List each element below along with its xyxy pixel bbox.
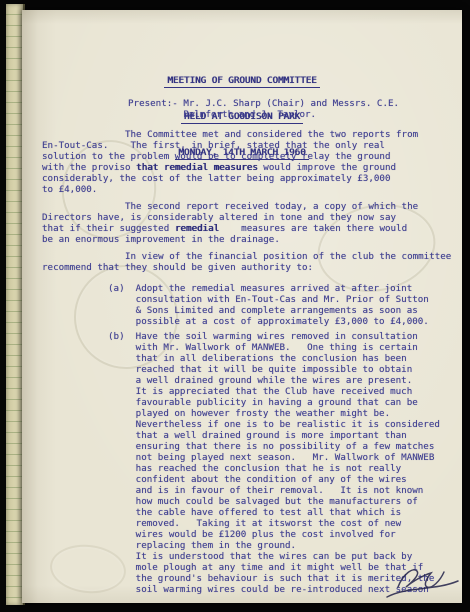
signature-initials — [382, 560, 466, 606]
overtyped-text: remedial — [175, 223, 219, 234]
paragraph-first-report: The Committee met and considered the two… — [42, 129, 418, 195]
list-item-a: (a) Adopt the remedial measures arrived … — [108, 283, 429, 327]
list-item-b: (b) Have the soil warming wires removed … — [108, 331, 440, 595]
typed-document-sheet: MEETING OF GROUND COMMITTEE HELD AT GOOD… — [22, 10, 462, 603]
title-line-1: MEETING OF GROUND COMMITTEE — [164, 75, 319, 88]
scanned-minute-book-page: MEETING OF GROUND COMMITTEE HELD AT GOOD… — [0, 0, 470, 612]
paragraph-second-report: The second report received today, a copy… — [42, 201, 418, 245]
paragraph-recommendation: In view of the financial position of the… — [42, 251, 451, 273]
present-list: Present:- Mr. J.C. Sharp (Chair) and Mes… — [128, 98, 399, 120]
overtyped-text: that remedial measures — [136, 162, 258, 173]
